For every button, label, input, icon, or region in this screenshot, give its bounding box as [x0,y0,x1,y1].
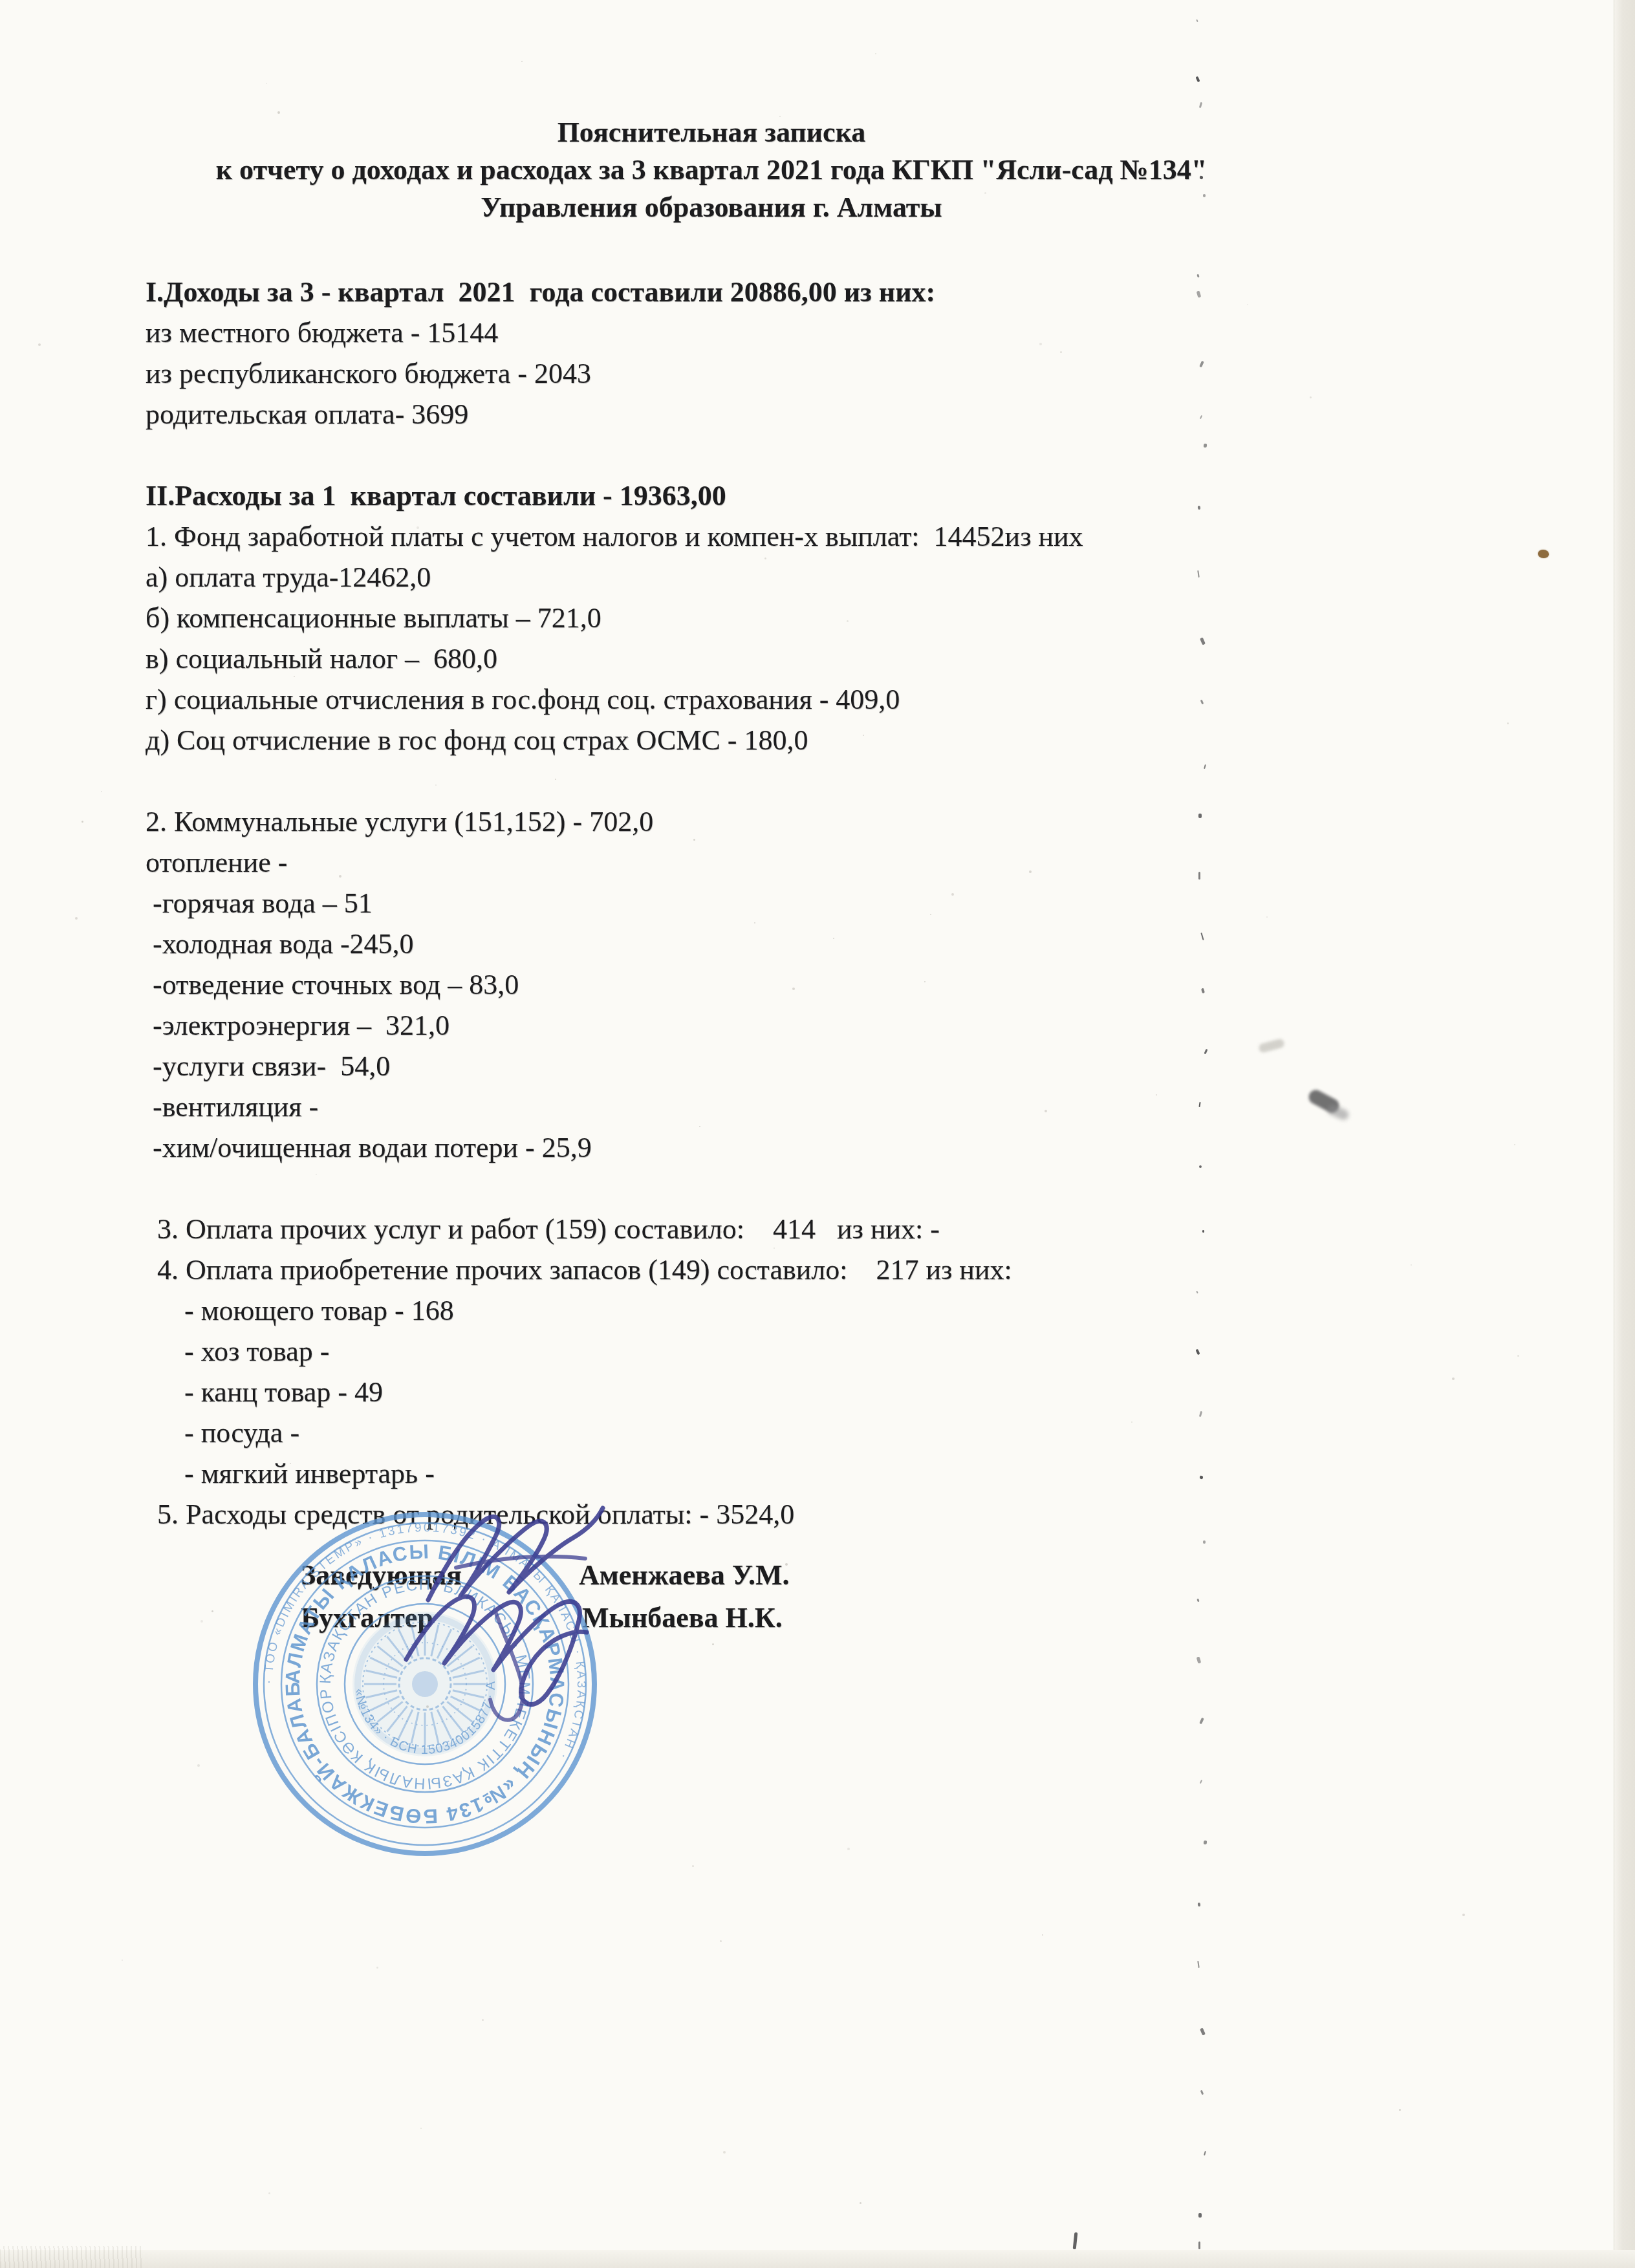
document-line: -отведение сточных вод – 83,0 [146,964,1439,1005]
scan-speck [1196,19,1198,22]
scan-speck [1203,1540,1206,1544]
paper-fleck [1029,870,1032,873]
paper-fleck [376,1967,378,1969]
title-line-1: Пояснительная записка [97,114,1326,151]
paper-fleck [764,557,766,559]
paper-fleck [339,875,341,878]
scan-speck [1200,2090,1204,2095]
paper-fleck [214,498,216,500]
document-line [146,435,1439,475]
scan-bottom-dash [1073,2232,1078,2249]
document-line: а) оплата труда-12462,0 [146,557,1439,598]
scan-speck [1196,1657,1202,1664]
signature-stroke-head-flourish [456,1557,585,1568]
paper-fleck [1452,1377,1455,1380]
paper-fleck [200,1620,203,1623]
paper-fleck [38,343,41,346]
paper-fleck [863,735,864,736]
title-line-2: к отчету о доходах и расходах за 3 кварт… [97,151,1326,189]
paper-fleck [1266,916,1268,918]
paper-fleck [482,2019,484,2021]
document-line: - канц товар - 49 [146,1372,1439,1412]
document-line: -вентиляция - [146,1086,1439,1127]
scan-speck [1203,194,1206,197]
paper-fleck [754,922,755,923]
paper-fleck [847,620,849,622]
scanned-page: { "document": { "title_lines": [ "Поясни… [0,0,1635,2268]
paper-fleck [661,1224,664,1227]
handwritten-signatures [362,1474,673,1746]
paper-fleck [294,676,295,677]
scan-speck [1200,2027,1206,2035]
paper-fleck [779,116,781,117]
paper-fleck [1039,343,1042,345]
paper-fleck [875,53,876,54]
scan-speck [1198,872,1200,880]
document-line: -холодная вода -245,0 [146,923,1439,964]
document-line: II.Расходы за 1 квартал составили - 1936… [146,475,1439,516]
paper-fleck [75,917,78,920]
paper-fleck [101,791,102,792]
paper-fleck [930,914,931,915]
document-line: 3. Оплата прочих услуг и работ (159) сос… [146,1209,1439,1249]
paper-fleck [197,1764,200,1767]
paper-fleck [1507,722,1509,724]
document-line [146,1168,1439,1209]
document-line: 1. Фонд заработной платы с учетом налого… [146,516,1439,557]
paper-fleck [1411,1264,1412,1266]
paper-fleck [1462,1914,1465,1916]
scan-speck [1198,2241,1200,2249]
signature-stroke-head [428,1508,603,1600]
paper-fleck [860,2202,861,2204]
scan-speck [1204,1841,1207,1845]
paper-fleck [785,1563,788,1566]
paper-fleck [555,779,556,780]
document-line [146,761,1439,801]
paper-fleck [268,2192,270,2194]
document-line: 2. Коммунальные услуги (151,152) - 702,0 [146,801,1439,842]
scan-speck [1200,1780,1202,1784]
document-line: родительская оплата- 3699 [146,394,1439,435]
paper-fleck [924,981,926,982]
paper-fleck [417,526,419,529]
paper-fleck [847,1848,850,1850]
paper-fleck [81,821,83,823]
paper-fleck [426,1705,429,1708]
paper-fleck [774,1247,775,1249]
paper-fleck [720,1940,722,1942]
scan-speck [1204,2151,1206,2155]
scan-speck [1199,1718,1204,1725]
document-line: в) социальный налог – 680,0 [146,638,1439,679]
paper-fleck [951,893,954,896]
paper-fleck [1247,304,1248,305]
paper-fleck [638,496,640,498]
paper-fleck [833,938,834,939]
paper-fleck [1131,1421,1132,1423]
scan-speck [1196,1599,1199,1603]
paper-fleck [420,2128,422,2129]
scan-speck [1197,1961,1200,1968]
paper-fleck [712,1643,714,1645]
paper-fleck [277,111,280,114]
document-line: -услуги связи- 54,0 [146,1046,1439,1086]
page-right-edge [1614,0,1635,2268]
document-title: Пояснительная записка к отчету о доходах… [97,114,1326,226]
paper-fleck [1156,1094,1157,1096]
paper-fleck [1517,1355,1519,1357]
page-bottom-edge [0,2250,1635,2268]
document-line: -хим/очищенная водаи потери - 25,9 [146,1127,1439,1168]
paper-fleck [1399,2109,1401,2111]
paper-fleck [984,192,986,194]
document-line: - мягкий инвертарь - [146,1453,1439,1494]
title-line-3: Управления образования г. Алматы [97,189,1326,226]
paper-fleck [290,1463,291,1464]
document-line: д) Соц отчисление в гос фонд соц страх О… [146,720,1439,761]
paper-fleck [436,1302,437,1303]
paper-fleck [1514,1144,1515,1145]
paper-fleck [699,1126,700,1127]
document-line: -горячая вода – 51 [146,883,1439,923]
paper-fleck [266,83,267,84]
document-line: б) компенсационные выплаты – 721,0 [146,598,1439,638]
paper-fleck [1037,170,1039,172]
document-line: -электроэнергия – 321,0 [146,1005,1439,1046]
scan-speck [1198,814,1202,818]
paper-fleck [692,1865,694,1867]
scan-speck-brown [1538,550,1549,558]
paper-fleck [122,1960,123,1961]
document-line: 4. Оплата приобретение прочих запасов (1… [146,1249,1439,1290]
document-line: из местного бюджета - 15144 [146,312,1439,353]
scan-speck [1198,506,1201,510]
paper-fleck [1060,351,1062,353]
document-line: - посуда - [146,1412,1439,1453]
paper-fleck [1042,1934,1043,1936]
paper-fleck [1045,1110,1047,1112]
document-line: I.Доходы за 3 - квартал 2021 года состав… [146,272,1439,312]
paper-fleck [693,839,695,841]
document-line: - хоз товар - [146,1331,1439,1372]
document-line: г) социальные отчисления в гос.фонд соц.… [146,679,1439,720]
paper-fleck [720,1231,722,1233]
paper-fleck [211,1610,213,1612]
scan-speck [1195,76,1200,83]
paper-fleck [1310,396,1312,398]
scan-corner-noise [0,2246,142,2268]
scan-speck [1198,1903,1201,1906]
scan-speck [1198,2213,1202,2218]
paper-fleck [190,988,193,991]
paper-fleck [723,2151,726,2154]
paper-fleck [695,167,697,170]
scan-speck [1202,1230,1205,1233]
paper-fleck [792,988,795,990]
paper-fleck [521,61,523,62]
document-line: из республиканского бюджета - 2043 [146,353,1439,394]
document-line: - моющего товар - 168 [146,1290,1439,1331]
scan-speck [1199,102,1202,108]
paper-fleck [435,784,437,786]
document-body: I.Доходы за 3 - квартал 2021 года состав… [146,272,1439,1535]
paper-fleck [316,1174,317,1175]
